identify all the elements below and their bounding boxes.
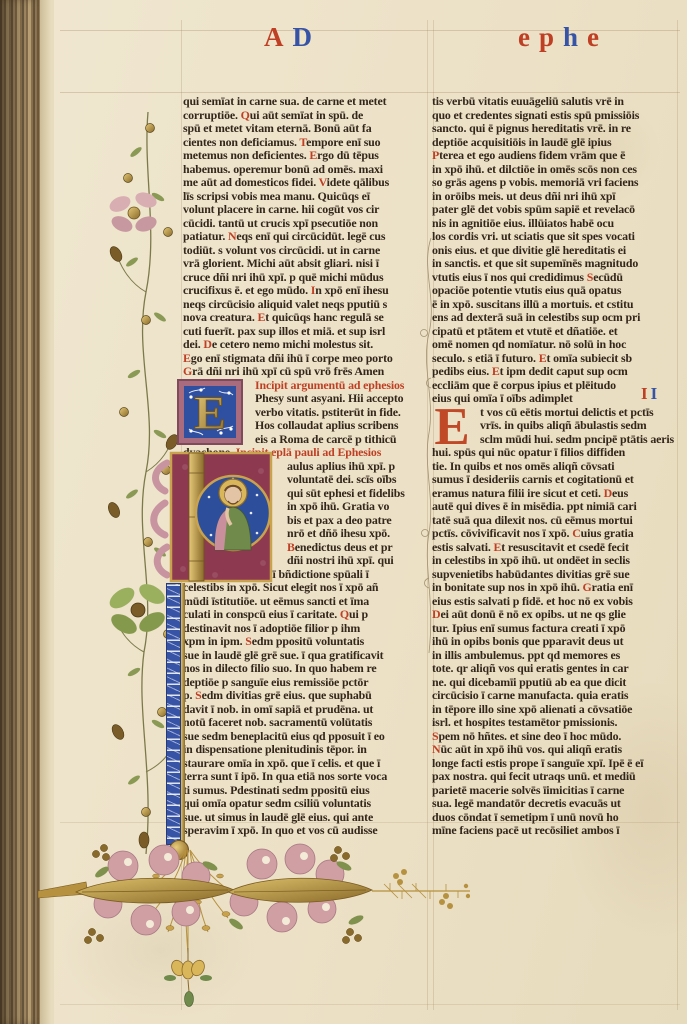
text-line: p. Sedm divitias grē eius. que suphabū <box>183 689 431 703</box>
acanthus-cluster-right <box>228 844 372 932</box>
text-line: in sanctis. et que sit supemīnēs magnitu… <box>432 257 680 271</box>
text-line: dei. De cetero nemo michi molestus sit. <box>183 338 431 352</box>
text-line: līs scripsi vobis mea manu. Quicūqs eī <box>183 190 431 204</box>
text-line: so grās agens p vobis. memoriā vri facie… <box>432 176 680 190</box>
text-line: circūcisio ī carne manufacta. quia erati… <box>432 689 680 703</box>
text-line: qui semīat in carne sua. de carne et met… <box>183 95 431 109</box>
text-line: eius estis salvati p fidē. et hoc nō ex … <box>432 595 680 609</box>
text-line: seculo. s etiā ī futuro. Et omīa subieci… <box>432 352 680 366</box>
text-line: estis salvati. Et resuscitavit et csedē … <box>432 541 680 555</box>
text-column-right: tis verbū vitatis euuāgeliū salutis vrē … <box>432 95 680 838</box>
text-line: terra sunt ī ipō. In qua etiā nos sorte … <box>183 770 431 784</box>
text-line: tatē suā qua dilexit nos. cū eēmus mortu… <box>432 514 680 528</box>
text-line: sue. ut simus in laudē glē eius. qui ant… <box>183 811 431 825</box>
text-line: corruptiōe. Qui aūt semīat in spū. de <box>183 109 431 123</box>
text-line: ē in xpō. suscitans illū a mortuis. et c… <box>432 298 680 312</box>
text-line: xpm in ipm. Sedm ppositū voluntatis <box>183 635 431 649</box>
text-line: pax nostra. qui fecit utraqs unū. et med… <box>432 770 680 784</box>
text-line: deptiōe p sanguīe eius remissiōe pctōr <box>183 676 431 690</box>
text-line: sue in laudē glē grē sue. ī qua gratific… <box>183 649 431 663</box>
text-line: cūcidi. tantū ut crucis xpī psecutiōe no… <box>183 217 431 231</box>
text-line: nis in agnitiōe eius. illūiatos habē ocu <box>432 217 680 231</box>
text-line: sumus ī desideriis carnis et cogitationū… <box>432 473 680 487</box>
text-line: vrā glorient. Michi aūt absit gliari. ni… <box>183 257 431 271</box>
text-line: ti sumus. Pdestinati sedm ppositū eius <box>183 784 431 798</box>
paul-miniature <box>196 476 270 550</box>
text-line: volunt placere in carne. hii cogūt vos c… <box>183 203 431 217</box>
text-line: notū faceret nob. sacramentū volūtatis <box>183 716 431 730</box>
text-line: AD <box>264 24 321 51</box>
text-line: supvenietibs habūdantes divitias grē sue <box>432 568 680 582</box>
right-gold-extension <box>372 869 470 909</box>
text-line: in dispensatione plenitudinis tēpor. in <box>183 743 431 757</box>
text-line: in orōibs meis. ut deus dñi nri ihū xpī <box>432 190 680 204</box>
text-line: sancto. qui ē pignus hereditatis vrē. in… <box>432 122 680 136</box>
text-line: tis verbū vitatis euuāgeliū salutis vrē … <box>432 95 680 109</box>
text-line: autē qui dives ē in misēdia. ppt nimiā c… <box>432 500 680 514</box>
text-line: Spem nō hñtes. et sine deo ī hoc mūdo. <box>432 730 680 744</box>
text-line: qui omīa opatur sedm csiliū voluntatis <box>183 797 431 811</box>
pendant-flower <box>164 948 212 1007</box>
gutter-pen-flourish <box>417 238 439 653</box>
acanthus-cluster-left <box>76 845 234 935</box>
text-line: pedibs eius. Et ipm dedit caput sup ocm <box>432 365 680 379</box>
text-line: crucifixus ē. et ego mūdo. In xpō enī ih… <box>183 284 431 298</box>
text-line: quo et credentes signati estis spū pmiss… <box>432 109 680 123</box>
running-header-ephe: ephe <box>518 24 608 51</box>
text-line: vtutis eius ī nos qui credidimus Secūdū <box>432 271 680 285</box>
text-line: me aūt ad domesticos fidei. Videte qālib… <box>183 176 431 190</box>
text-line: patiatur. Neqs enī qui circūcidūt. legē … <box>183 230 431 244</box>
green-flower <box>106 580 168 638</box>
text-line: mūdi īstitutiōe. ut eēmus sancti et īma <box>183 595 431 609</box>
text-line: davit ī nob. in omī sapiā et prudēna. ut <box>183 703 431 717</box>
text-line: cuti fuerīt. pax sup illos et miā. et su… <box>183 325 431 339</box>
paulus-initial-p <box>145 451 273 583</box>
text-line: todiūt. s volunt vos circūcidi. ut in ca… <box>183 244 431 258</box>
text-line: tur. Ipius enī sumus factura creati ī xp… <box>432 622 680 636</box>
bar-border-blue-filigree <box>166 583 181 845</box>
text-line: habemus. operemur bonū ad omēs. maxi <box>183 163 431 177</box>
text-line: in bonitate sup nos in xpō ihū. Gratia e… <box>432 581 680 595</box>
text-line: cipatū et ptātem et vtutē et dñatiōe. et <box>432 325 680 339</box>
text-line: cientes non deficiamus. Tempore enī suo <box>183 136 431 150</box>
text-line: in tēpore illo sine xpō alienati a cōvsa… <box>432 703 680 717</box>
ruling-line <box>60 92 680 93</box>
running-header-ad: AD <box>264 24 321 51</box>
text-line: in xpō ihū. et dilctiōe in omēs scōs non… <box>432 163 680 177</box>
text-line: Dei aūt donū ē nō ex opibs. ut ne qs gli… <box>432 608 680 622</box>
text-line: nos in dilecto filio suo. In quo habem r… <box>183 662 431 676</box>
manuscript-page: AD ephe qui semīat in carne sua. de carn… <box>0 0 687 1024</box>
text-line: sua. legē mandatōr decretis evacuās ut <box>432 797 680 811</box>
text-line: Ego enī stigmata dñi ihū ī corpe meo por… <box>183 352 431 366</box>
text-line: onis eius. et que divitie glē hereditati… <box>432 244 680 258</box>
text-line: ens ad dexterā suā in celestibs sup ocm … <box>432 311 680 325</box>
text-line: pater glē det vobis spūm sapiē et revela… <box>432 203 680 217</box>
book-fore-edge <box>0 0 40 1024</box>
text-line: tie. In quibs et nos omēs aliqñ cōvsati <box>432 460 680 474</box>
text-line: celestibs in xpō. Sicut elegit nos ī xpō… <box>183 581 431 595</box>
text-line: eramus natura filii ire sicut et ceti. D… <box>432 487 680 501</box>
text-line: omē nomen qd nomīatur. nō solū in hoc <box>432 338 680 352</box>
text-line: Pterea et ego audiens fidem vrām que ē <box>432 149 680 163</box>
bar-border-gold-rod <box>181 583 185 843</box>
text-line: nova creatura. Et quicūqs hanc regulā se <box>183 311 431 325</box>
text-line: ihū in opibs bonis que pparavit deus ut <box>432 635 680 649</box>
text-line: Nūc aūt in xpō ihū vos. qui aliqñ eratis <box>432 743 680 757</box>
text-line: ephe <box>518 24 608 51</box>
text-line: deptiōe acquisitiōis in laudē glē ipius <box>432 136 680 150</box>
text-line: staurare omīa in xpō. que ī celis. et qu… <box>183 757 431 771</box>
text-line: tote. qr aliqñ vos qui eratis gentes in … <box>432 662 680 676</box>
text-line: parietē macerie solvēs īimicitias ī carn… <box>432 784 680 798</box>
text-line: duos cōndat ī semetipm ī unū novū ho <box>432 811 680 825</box>
text-line: opaciōe potentie vtutis eius quā opatus <box>432 284 680 298</box>
chapter-numeral-ii: II <box>641 385 660 402</box>
text-line: longe facti estis prope ī sanguīe xpī. I… <box>432 757 680 771</box>
text-line: destinavit nos ī adoptiōe filior p ihm <box>183 622 431 636</box>
text-line: sue sedm beneplacitū eius qd pposuit ī e… <box>183 730 431 744</box>
text-line: II <box>641 385 660 402</box>
text-line: isrl. et hospites testamētor pmissionis. <box>432 716 680 730</box>
text-line: spū et metet vitam eternā. Bonū aūt fa <box>183 122 431 136</box>
bottom-floral-spray <box>38 836 470 1018</box>
text-line: metemus non deficientes. Ergo dū tēpus <box>183 149 431 163</box>
pink-flower <box>107 190 159 235</box>
text-line: neqs circūcisio aliquid valet neqs pputi… <box>183 298 431 312</box>
text-line: culati in conspcū eius ī caritate. Qui p <box>183 608 431 622</box>
text-line: Grā dñi nri ihū xpī cū spū vrō frēs Amen <box>183 365 431 379</box>
text-line: in celestibs in xpō ihū. ut ondēet in se… <box>432 554 680 568</box>
text-line: cruce dñi nri ihū xpī. p quē michi mūdus <box>183 271 431 285</box>
text-line: in illis ambulemus. ppt qd memores es <box>432 649 680 663</box>
argumentum-initial-e: E <box>177 379 243 445</box>
text-line: los cordis vri. ut sciatis que sit spes … <box>432 230 680 244</box>
text-line: pctīs. cōvivificavit nos ī xpō. Cuius gr… <box>432 527 680 541</box>
pink-flourish <box>154 463 167 575</box>
initial-letter-e: E <box>194 387 226 440</box>
text-line: ne. qui dicebamīi pputiū ab ea que dicit <box>432 676 680 690</box>
